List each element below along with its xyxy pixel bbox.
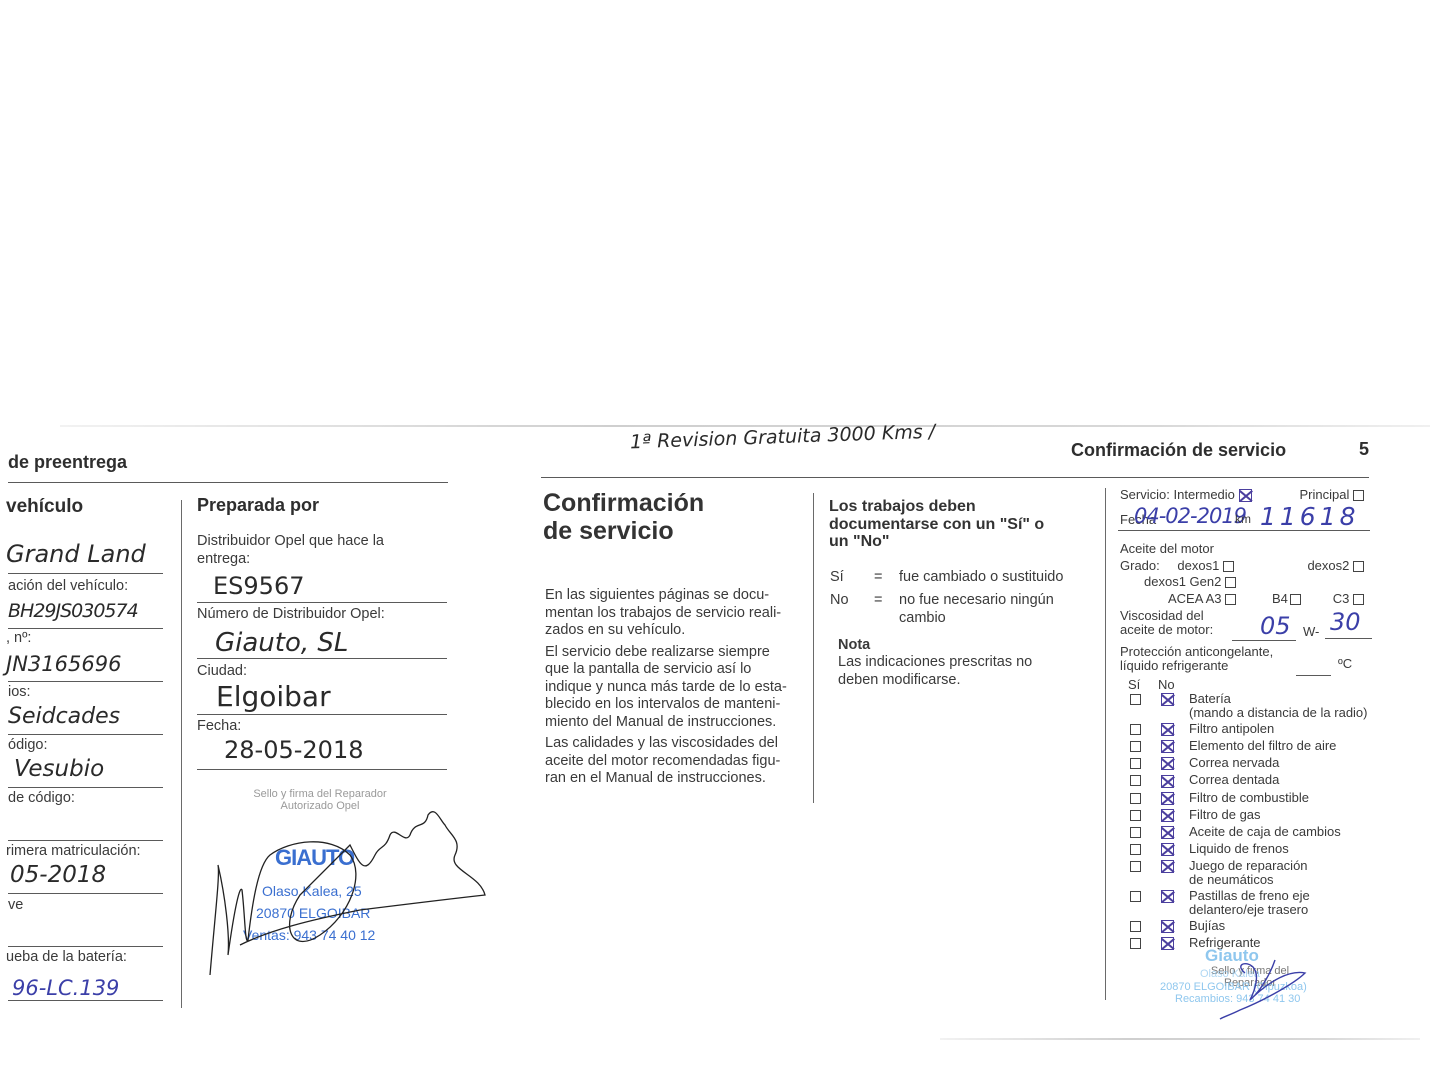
grade-c3-option: C3 [1333, 591, 1364, 606]
antifreeze-line [1296, 675, 1331, 676]
service-item-label: Filtro antipolen [1189, 722, 1274, 736]
left-signature [200, 795, 490, 980]
grade-aceaa3-label: ACEA A3 [1168, 591, 1221, 606]
fecha-km-row: Fecha 04-02-2019 km 11618 [1120, 504, 1370, 530]
service-item-label: Liquido de frenos [1189, 842, 1289, 856]
service-item-no-cell [1161, 859, 1189, 873]
legend-no-text: no fue necesario ningún cambio [899, 592, 1064, 627]
grade-dexos2-label: dexos2 [1307, 558, 1349, 573]
service-item-label: Filtro de combustible [1189, 791, 1309, 805]
code-label: ódigo: [8, 737, 48, 753]
antifreeze-label-line2: líquido refrigerante [1120, 659, 1273, 673]
service-item-row: Correa dentada [1128, 773, 1388, 787]
vehicle-model-value: Grand Land [6, 540, 146, 568]
battery-test-label: ueba de la batería: [6, 949, 127, 965]
right-header-rule [541, 477, 1369, 478]
service-item-si-checkbox[interactable] [1130, 694, 1141, 705]
viscosity-line-2 [1325, 638, 1372, 639]
keys-value: Seidcades [8, 704, 120, 729]
battery-test-value: 96-LC.139 [12, 976, 119, 1000]
viscosity-w: W- [1303, 624, 1319, 639]
service-item-no-cell [1161, 936, 1189, 950]
intro-title-line2: de servicio [543, 517, 704, 545]
legend-row-si: Sí=fue cambiado o sustituido [830, 569, 1080, 587]
service-item-si-checkbox[interactable] [1130, 844, 1141, 855]
viscosity-label-line1: Viscosidad del [1120, 609, 1213, 623]
code-number-line [8, 840, 163, 841]
city-label: Ciudad: [197, 663, 247, 679]
vin-line [8, 628, 163, 629]
service-item-no-cell [1161, 692, 1189, 706]
service-label: Servicio: [1120, 487, 1170, 502]
intro-paragraphs: En las siguientes páginas se docu-mentan… [545, 587, 795, 788]
service-item-label: Batería(mando a distancia de la radio) [1189, 692, 1368, 720]
battery-test-line [8, 1000, 163, 1001]
right-signature [1215, 955, 1315, 1020]
legend-row-no: No=no fue necesario ningún cambio [830, 592, 1080, 627]
grade-dexos1-label: dexos1 [1177, 558, 1219, 573]
service-item-no-cell [1161, 722, 1189, 736]
service-item-row: Filtro de combustible [1128, 791, 1388, 805]
service-item-no-checkbox[interactable] [1161, 843, 1174, 856]
city-value: Elgoibar [216, 680, 331, 713]
page-number: 5 [1359, 439, 1369, 460]
col-no-header: No [1158, 677, 1175, 692]
city-line [197, 714, 447, 715]
service-item-no-cell [1161, 889, 1189, 903]
service-item-row: Juego de reparaciónde neumáticos [1128, 859, 1388, 887]
engine-number-line [8, 681, 163, 682]
vin-label: ación del vehículo: [8, 578, 128, 594]
date-value: 28-05-2018 [224, 736, 363, 764]
legend-si-text: fue cambiado o sustituido [899, 569, 1063, 585]
intermedio-label: Intermedio [1173, 487, 1234, 502]
first-registration-value: 05-2018 [10, 862, 106, 888]
distributor-value: ES9567 [213, 572, 304, 600]
service-item-no-checkbox[interactable] [1161, 890, 1174, 903]
service-item-row: Aceite de caja de cambios [1128, 825, 1388, 839]
first-registration-label: rimera matriculación: [6, 843, 141, 859]
service-item-no-checkbox[interactable] [1161, 740, 1174, 753]
grade-row-3: ACEA A3 B4 C3 [1168, 591, 1370, 606]
service-item-no-checkbox[interactable] [1161, 860, 1174, 873]
service-item-row: Correa nervada [1128, 756, 1388, 770]
service-item-row: Filtro antipolen [1128, 722, 1388, 736]
first-registration-line [8, 893, 163, 894]
grade-dexos1-checkbox[interactable] [1223, 561, 1234, 572]
keys-line [8, 734, 163, 735]
distributor-number-label: Número de Distribuidor Opel: [197, 606, 385, 622]
service-item-no-cell [1161, 919, 1189, 933]
distributor-number-value: Giauto, SL [215, 628, 348, 658]
km-label: km [1235, 512, 1251, 526]
fecha-km-line [1118, 530, 1370, 531]
service-item-si-checkbox[interactable] [1130, 861, 1141, 872]
service-item-si-checkbox[interactable] [1130, 891, 1141, 902]
antifreeze-label-line1: Protección anticongelante, [1120, 645, 1273, 659]
vehicle-heading: vehículo [6, 496, 83, 518]
service-item-no-checkbox[interactable] [1161, 775, 1174, 788]
service-item-row: Pastillas de freno ejedelantero/eje tras… [1128, 889, 1388, 917]
service-item-si-checkbox[interactable] [1130, 758, 1141, 769]
intro-paragraph-2: El servicio debe realizarse siempre que … [545, 644, 795, 732]
keys-label: ios: [8, 684, 31, 700]
service-item-label: Elemento del filtro de aire [1189, 739, 1336, 753]
service-item-row: Batería(mando a distancia de la radio) [1128, 692, 1388, 720]
code-value: Vesubio [14, 756, 104, 782]
service-item-no-checkbox[interactable] [1161, 826, 1174, 839]
service-item-label: Correa dentada [1189, 773, 1279, 787]
oil-title: Aceite del motor [1120, 541, 1214, 556]
service-item-row: Elemento del filtro de aire [1128, 739, 1388, 753]
principal-checkbox[interactable] [1353, 490, 1364, 501]
grade-b4-label: B4 [1272, 591, 1288, 606]
key-line [8, 946, 163, 947]
intro-paragraph-1: En las siguientes páginas se docu-mentan… [545, 587, 795, 640]
intro-title-line1: Confirmación [543, 489, 704, 517]
grade-b4-checkbox[interactable] [1290, 594, 1301, 605]
service-item-no-checkbox[interactable] [1161, 809, 1174, 822]
intro-title: Confirmación de servicio [543, 489, 704, 545]
grade-c3-label: C3 [1333, 591, 1350, 606]
distributor-line [197, 602, 447, 603]
service-item-no-checkbox[interactable] [1161, 937, 1174, 950]
grade-c3-checkbox[interactable] [1353, 594, 1364, 605]
service-item-no-cell [1161, 756, 1189, 770]
service-item-si-checkbox[interactable] [1130, 775, 1141, 786]
service-item-si-checkbox[interactable] [1130, 827, 1141, 838]
viscosity-value-1: 05 [1260, 612, 1291, 640]
vehicle-model-line [8, 573, 163, 574]
service-item-si-checkbox[interactable] [1130, 741, 1141, 752]
service-item-no-checkbox[interactable] [1161, 723, 1174, 736]
principal-option: Principal [1300, 487, 1364, 502]
service-type-row: Servicio: Intermedio Principal [1120, 487, 1370, 502]
fecha-value: 04-02-2019 [1134, 504, 1246, 528]
left-column-divider [181, 500, 182, 1008]
service-item-label: Juego de reparaciónde neumáticos [1189, 859, 1308, 887]
viscosity-value-2: 30 [1330, 608, 1361, 636]
service-item-no-cell [1161, 791, 1189, 805]
distributor-label: Distribuidor Opel que hace la entrega: [197, 532, 417, 568]
grade-b4-option: B4 [1272, 591, 1301, 606]
date-line [197, 769, 447, 770]
service-item-no-cell [1161, 739, 1189, 753]
engine-number-value: JN3165696 [6, 652, 121, 676]
service-item-label: Filtro de gas [1189, 808, 1261, 822]
service-item-si-checkbox[interactable] [1130, 938, 1141, 949]
left-header-rule [8, 482, 448, 483]
service-item-si-checkbox[interactable] [1130, 921, 1141, 932]
service-item-label: Correa nervada [1189, 756, 1279, 770]
service-item-no-cell [1161, 773, 1189, 787]
grade-dexos1gen2-label: dexos1 Gen2 [1144, 574, 1221, 589]
service-item-label: Aceite de caja de cambios [1189, 825, 1341, 839]
service-item-no-checkbox[interactable] [1161, 792, 1174, 805]
service-item-si-checkbox[interactable] [1130, 810, 1141, 821]
service-items-list: Batería(mando a distancia de la radio)Fi… [1128, 692, 1388, 954]
legend-no-eq: = [874, 592, 899, 627]
service-item-no-cell [1161, 808, 1189, 822]
antifreeze-unit: ºC [1338, 656, 1352, 671]
principal-label: Principal [1300, 487, 1350, 502]
grade-aceaa3-checkbox[interactable] [1225, 594, 1236, 605]
service-item-no-cell [1161, 842, 1189, 856]
service-item-label: Bujías [1189, 919, 1225, 933]
scan-bottom-edge [940, 1038, 1420, 1040]
viscosity-label: Viscosidad del aceite de motor: [1120, 609, 1213, 637]
right-running-header: Confirmación de servicio [1071, 440, 1286, 461]
intermedio-checkbox[interactable] [1239, 489, 1252, 502]
date-label: Fecha: [197, 718, 241, 734]
grade-label: Grado: [1120, 558, 1160, 573]
legend-si-key: Sí [830, 569, 874, 587]
right-column-divider [1105, 488, 1106, 1000]
grade-row-2: dexos1 Gen2 [1144, 574, 1236, 589]
service-item-no-cell [1161, 825, 1189, 839]
intro-paragraph-3: Las calidades y las viscosidades del ace… [545, 735, 795, 788]
legend-heading: Los trabajos deben documentarse con un "… [829, 498, 1064, 551]
service-item-row: Bujías [1128, 919, 1388, 933]
legend-si-eq: = [874, 569, 899, 587]
service-item-si-checkbox[interactable] [1130, 793, 1141, 804]
distributor-number-line [197, 658, 447, 659]
grade-dexos1gen2-checkbox[interactable] [1225, 577, 1236, 588]
service-item-no-checkbox[interactable] [1161, 693, 1174, 706]
service-item-row: Filtro de gas [1128, 808, 1388, 822]
viscosity-line-1 [1232, 640, 1296, 641]
km-value: 11618 [1260, 502, 1360, 531]
grade-row-1: Grado: dexos1 dexos2 [1120, 558, 1370, 573]
vin-value: BH29JS030574 [8, 600, 138, 622]
prepared-by-heading: Preparada por [197, 495, 319, 516]
antifreeze-label: Protección anticongelante, líquido refri… [1120, 645, 1273, 673]
note-title: Nota [838, 637, 870, 655]
key-label: ve [8, 897, 23, 913]
service-item-no-checkbox[interactable] [1161, 920, 1174, 933]
code-number-label: de código: [8, 790, 75, 806]
viscosity-label-line2: aceite de motor: [1120, 623, 1213, 637]
left-running-header: de preentrega [8, 452, 127, 473]
middle-column-divider [813, 493, 814, 803]
col-si-header: Sí [1128, 677, 1140, 692]
legend-no-key: No [830, 592, 874, 627]
note-text: Las indicaciones prescritas no deben mod… [838, 654, 1058, 689]
grade-dexos2-checkbox[interactable] [1353, 561, 1364, 572]
service-item-label: Pastillas de freno ejedelantero/eje tras… [1189, 889, 1310, 917]
service-item-no-checkbox[interactable] [1161, 757, 1174, 770]
code-line [8, 787, 163, 788]
grade-dexos2-option: dexos2 [1307, 558, 1364, 573]
service-item-si-checkbox[interactable] [1130, 724, 1141, 735]
service-item-row: Liquido de frenos [1128, 842, 1388, 856]
engine-number-label: , nº: [6, 630, 31, 646]
